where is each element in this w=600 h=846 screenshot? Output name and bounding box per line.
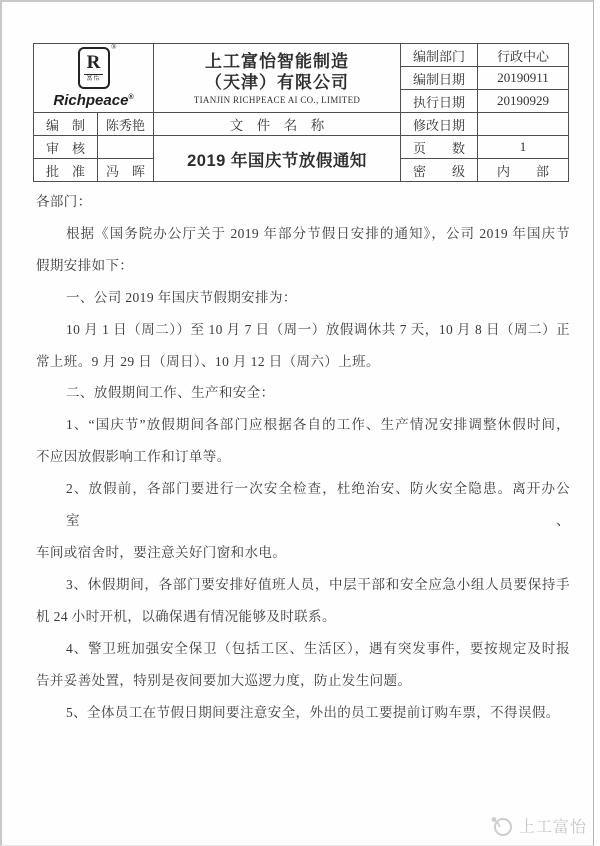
company-name-cell: 上工富怡智能制造 （天津）有限公司 TIANJIN RICHPEACE AI C… <box>154 44 401 113</box>
body-line: 常上班。9 月 29 日（周日）、10 月 12 日（周六）上班。 <box>36 346 570 378</box>
richpeace-logo: R 富怡 ® Richpeace® <box>36 47 151 109</box>
body-line: 机 24 小时开机，以确保遇有情况能够及时联系。 <box>36 601 570 633</box>
document-header-table: R 富怡 ® Richpeace® 上工富怡智能制造 （天津）有限公司 TIAN… <box>33 43 569 182</box>
logo-cell: R 富怡 ® Richpeace® <box>34 44 154 113</box>
brand-name: Richpeace® <box>53 92 133 109</box>
value-prepare-dept: 行政中心 <box>478 44 569 67</box>
logo-subtext: 富怡 <box>84 74 102 83</box>
body-line: 5、全体员工在节假日期间要注意安全，外出的员工要提前订购车票，不得误假。 <box>36 697 570 729</box>
body-line: 2、放假前，各部门要进行一次安全检查，杜绝治安、防火安全隐患。离开办公室、 <box>36 473 570 537</box>
value-security-level: 内 部 <box>478 159 569 182</box>
body-line: 不应因放假影响工作和订单等。 <box>36 441 570 473</box>
body-line: 车间或宿舍时，要注意关好门窗和水电。 <box>36 537 570 569</box>
body-line: 二、放假期间工作、生产和安全： <box>36 377 570 409</box>
value-page-count: 1 <box>478 136 569 159</box>
body-line: 10 月 1 日（周二））至 10 月 7 日（周一）放假调休共 7 天，10 … <box>36 314 570 346</box>
brand-watermark: 上工富怡 <box>489 814 587 837</box>
value-execute-date: 20190929 <box>478 90 569 113</box>
watermark-text: 上工富怡 <box>519 814 587 837</box>
label-prepare-date: 编制日期 <box>401 67 478 90</box>
body-line: 告并妥善处置，特别是夜间要加大巡逻力度，防止发生问题。 <box>36 665 570 697</box>
document-page: R 富怡 ® Richpeace® 上工富怡智能制造 （天津）有限公司 TIAN… <box>0 0 600 846</box>
registered-mark-icon: ® <box>111 44 116 52</box>
label-execute-date: 执行日期 <box>401 90 478 113</box>
label-prepared-by: 编 制 <box>34 113 98 136</box>
company-name-en: TIANJIN RICHPEACE AI CO., LIMITED <box>156 94 398 106</box>
company-name-cn-line2: （天津）有限公司 <box>156 72 398 93</box>
label-security-level: 密 级 <box>401 159 478 182</box>
value-prepared-by: 陈秀艳 <box>98 113 154 136</box>
label-prepare-dept: 编制部门 <box>401 44 478 67</box>
company-name-cn-line1: 上工富怡智能制造 <box>156 51 398 72</box>
label-page-count: 页 数 <box>401 136 478 159</box>
body-line: 一、公司 2019 年国庆节假期安排为： <box>36 282 570 314</box>
logo-r-box: R 富怡 <box>78 47 110 89</box>
document-title: 2019 年国庆节放假通知 <box>154 136 401 182</box>
doc-name-header: 文 件 名 称 <box>154 113 401 136</box>
label-approved-by: 批 准 <box>34 159 98 182</box>
body-line: 3、休假期间，各部门要安排好值班人员，中层干部和安全应急小组人员要保持手 <box>36 569 570 601</box>
registered-mark-icon: ® <box>128 94 133 101</box>
body-line: 4、警卫班加强安全保卫（包括工区、生活区），遇有突发事件，要按规定及时报 <box>36 633 570 665</box>
body-line: 1、“国庆节”放假期间各部门应根据各自的工作、生产情况安排调整休假时间， <box>36 409 570 441</box>
richpeace-swirl-icon <box>489 814 514 837</box>
brand-text: Richpeace <box>53 92 128 109</box>
body-line: 根据《国务院办公厅关于 2019 年部分节假日安排的通知》，公司 2019 年国… <box>36 218 570 250</box>
body-line: 各部门： <box>36 186 570 218</box>
value-prepare-date: 20190911 <box>478 67 569 90</box>
notice-body: 各部门： 根据《国务院办公厅关于 2019 年部分节假日安排的通知》，公司 20… <box>36 186 570 728</box>
label-reviewed-by: 审 核 <box>34 136 98 159</box>
value-reviewed-by <box>98 136 154 159</box>
logo-letter: R <box>87 53 101 73</box>
body-line: 假期安排如下： <box>36 250 570 282</box>
value-approved-by: 冯 晖 <box>98 159 154 182</box>
value-modify-date <box>478 113 569 136</box>
label-modify-date: 修改日期 <box>401 113 478 136</box>
